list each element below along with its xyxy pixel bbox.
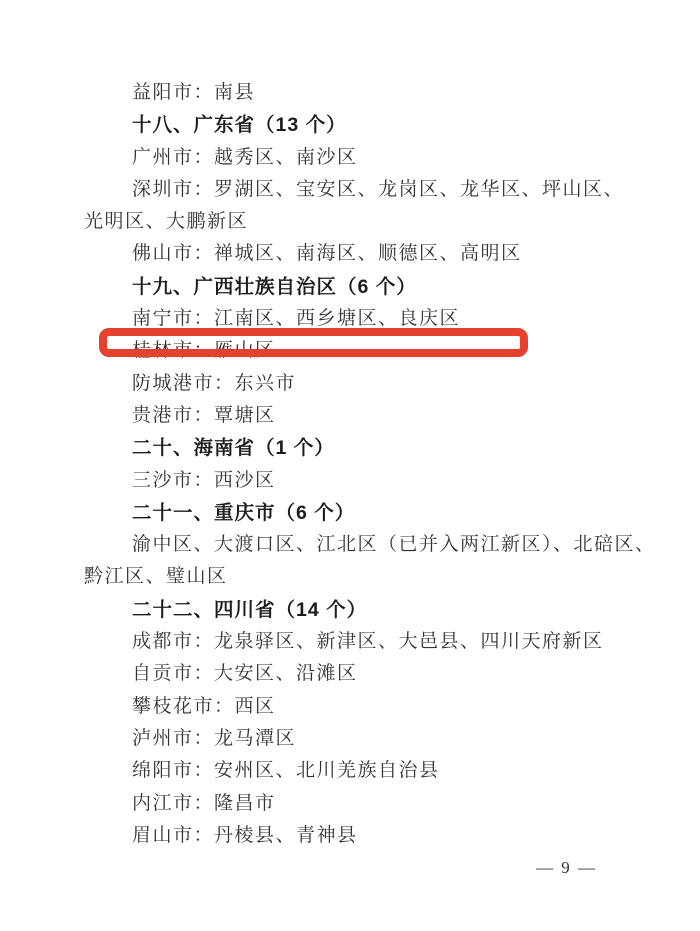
document-page: 益阳市：南县十八、广东省（13 个）广州市：越秀区、南沙区深圳市：罗湖区、宝安区… — [0, 0, 700, 931]
text-line: 佛山市：禅城区、南海区、顺德区、高明区 — [84, 238, 700, 270]
page-number: — 9 — — [536, 858, 597, 878]
text-line: 三沙市：西沙区 — [84, 465, 700, 497]
text-line: 南宁市：江南区、西乡塘区、良庆区 — [84, 303, 700, 335]
text-line: 贵港市：覃塘区 — [84, 400, 700, 432]
text-line: 广州市：越秀区、南沙区 — [84, 142, 700, 174]
section-heading: 二十一、重庆市（6 个） — [84, 497, 700, 529]
text-line: 深圳市：罗湖区、宝安区、龙岗区、龙华区、坪山区、 — [84, 174, 700, 206]
text-line: 绵阳市：安州区、北川羌族自治县 — [84, 755, 700, 787]
document-lines: 益阳市：南县十八、广东省（13 个）广州市：越秀区、南沙区深圳市：罗湖区、宝安区… — [0, 77, 700, 852]
text-line: 益阳市：南县 — [84, 77, 700, 109]
text-line: 自贡市：大安区、沿滩区 — [84, 658, 700, 690]
text-line: 攀枝花市：西区 — [84, 691, 700, 723]
text-line: 泸州市：龙马潭区 — [84, 723, 700, 755]
text-line: 渝中区、大渡口区、江北区（已并入两江新区）、北碚区、 — [84, 529, 700, 561]
text-line: 眉山市：丹棱县、青神县 — [84, 820, 700, 852]
text-line: 光明区、大鹏新区 — [84, 206, 700, 238]
section-heading: 十九、广西壮族自治区（6 个） — [84, 271, 700, 303]
text-line: 黔江区、璧山区 — [84, 561, 700, 593]
text-line: 内江市：隆昌市 — [84, 788, 700, 820]
section-heading: 二十二、四川省（14 个） — [84, 594, 700, 626]
text-line: 桂林市：雁山区 — [84, 335, 700, 367]
section-heading: 十八、广东省（13 个） — [84, 109, 700, 141]
text-line: 成都市：龙泉驿区、新津区、大邑县、四川天府新区 — [84, 626, 700, 658]
section-heading: 二十、海南省（1 个） — [84, 432, 700, 464]
text-line: 防城港市：东兴市 — [84, 368, 700, 400]
